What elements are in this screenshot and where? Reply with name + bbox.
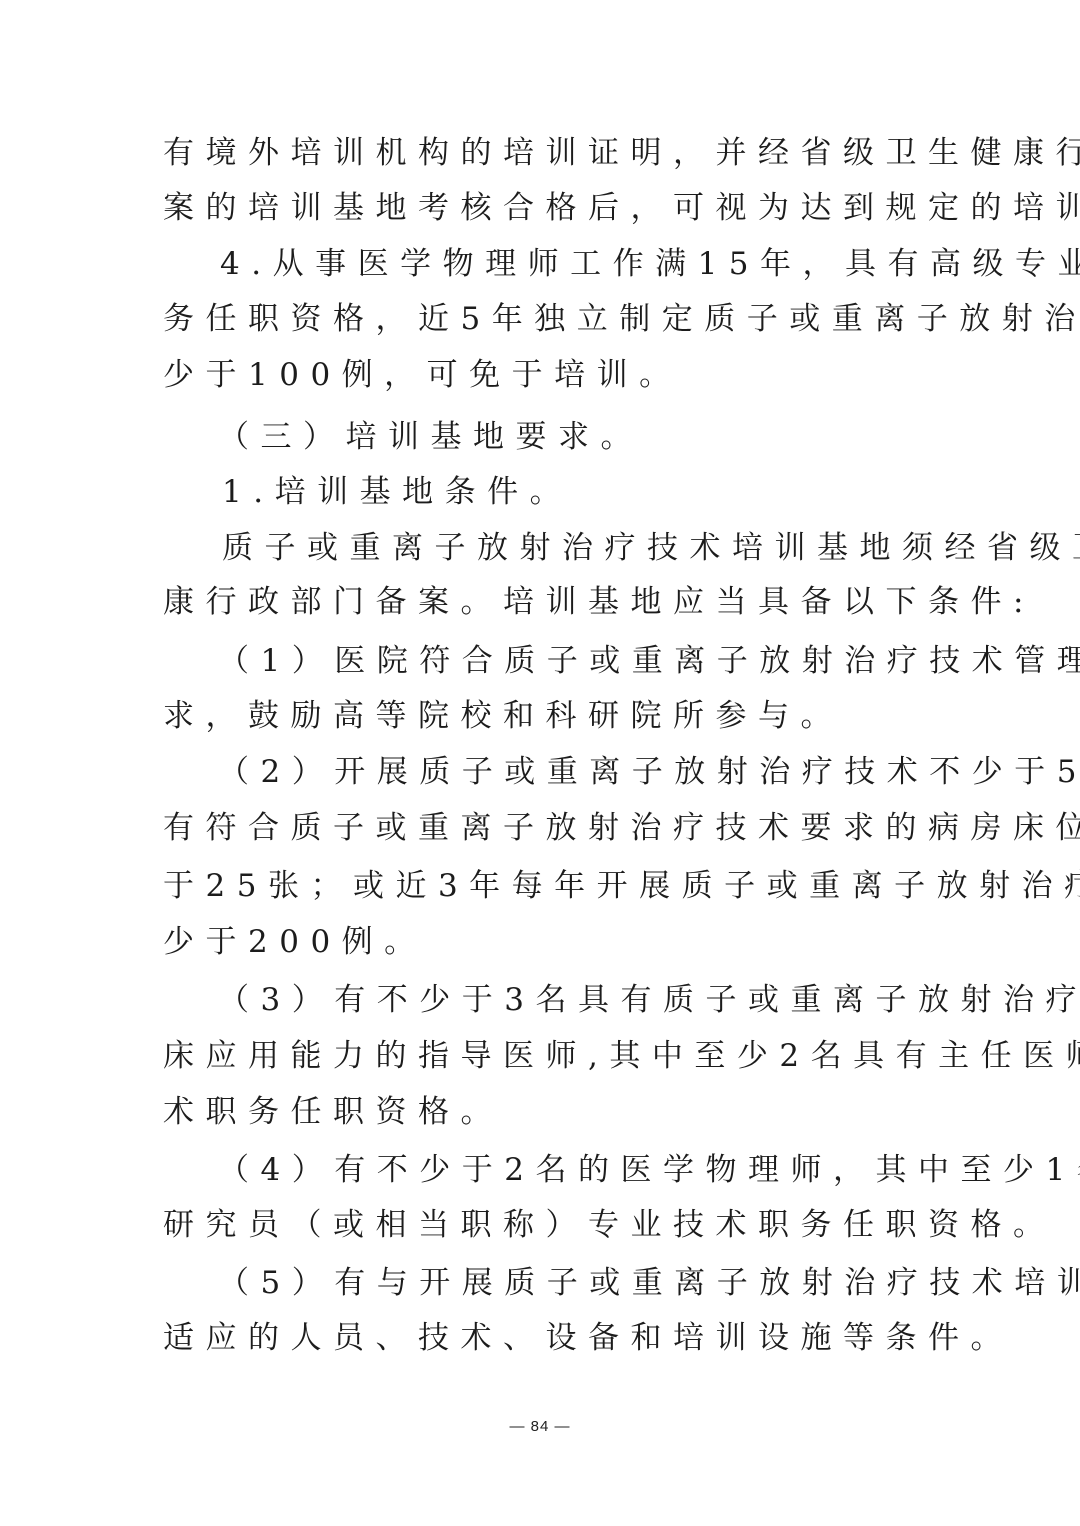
section-heading: （三）培训基地要求。 bbox=[218, 410, 978, 464]
text-line: 质子或重离子放射治疗技术培训基地须经省级卫生健 bbox=[222, 521, 982, 575]
subsection-heading: 1.培训基地条件。 bbox=[222, 465, 982, 519]
text-line: 务任职资格，近5年独立制定质子或重离子放射治疗计划不 bbox=[163, 292, 923, 346]
text-line: 有境外培训机构的培训证明，并经省级卫生健康行政部门备 bbox=[163, 126, 923, 180]
text-line: 4.从事医学物理师工作满15年，具有高级专业技术职 bbox=[220, 237, 980, 291]
text-line: 求，鼓励高等院校和科研院所参与。 bbox=[163, 689, 923, 743]
document-page: 有境外培训机构的培训证明，并经省级卫生健康行政部门备 案的培训基地考核合格后，可… bbox=[0, 0, 1080, 1526]
text-line: 适应的人员、技术、设备和培训设施等条件。 bbox=[163, 1311, 923, 1365]
text-line: 少于200例。 bbox=[163, 915, 923, 969]
text-line: 床应用能力的指导医师,其中至少2名具有主任医师专业技 bbox=[163, 1029, 923, 1083]
list-item-2: （2）开展质子或重离子放射治疗技术不少于5年，具 bbox=[218, 745, 978, 799]
list-item-1: （1）医院符合质子或重离子放射治疗技术管理规范要 bbox=[218, 634, 978, 688]
text-line: 于25张；或近3年每年开展质子或重离子放射治疗病例不 bbox=[163, 859, 923, 913]
text-line: 有符合质子或重离子放射治疗技术要求的病房床位数不少 bbox=[163, 801, 923, 855]
list-item-3: （3）有不少于3名具有质子或重离子放射治疗技术临 bbox=[218, 973, 978, 1027]
text-line: 案的培训基地考核合格后，可视为达到规定的培训要求。 bbox=[163, 181, 923, 235]
text-line: 研究员（或相当职称）专业技术职务任职资格。 bbox=[163, 1198, 923, 1252]
text-line: 术职务任职资格。 bbox=[163, 1085, 923, 1139]
text-line: 少于100例，可免于培训。 bbox=[163, 348, 923, 402]
page-number: — 84 — bbox=[0, 1418, 1080, 1435]
list-item-5: （5）有与开展质子或重离子放射治疗技术培训工作相 bbox=[218, 1256, 978, 1310]
list-item-4: （4）有不少于2名的医学物理师，其中至少1名具有 bbox=[218, 1143, 978, 1197]
text-line: 康行政部门备案。培训基地应当具备以下条件: bbox=[163, 575, 923, 629]
